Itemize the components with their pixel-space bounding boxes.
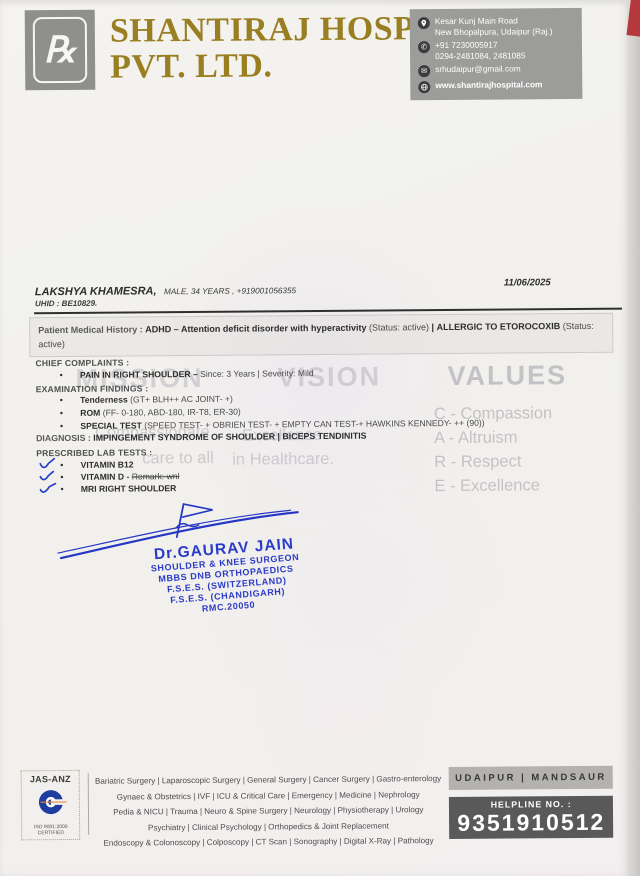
phone-line1: +91 7230005917 bbox=[435, 40, 498, 50]
document-page: MISSION VISION VALUES Compassionate care… bbox=[0, 0, 628, 876]
bullet-icon: • bbox=[60, 460, 78, 470]
diagnosis-label: DIAGNOSIS : bbox=[36, 433, 91, 443]
exam-item-name: ROM bbox=[80, 408, 100, 418]
specialties-list: Bariatric Surgery | Laparoscopic Surgery… bbox=[95, 767, 442, 851]
bullet-icon: • bbox=[60, 370, 78, 380]
history-item-adhd-status: (Status: active) bbox=[369, 322, 429, 332]
lab-test-vitamin-d: • VITAMIN D - Remark: wnl bbox=[60, 471, 179, 482]
watermark-vision-text: in Healthcare. bbox=[232, 450, 334, 470]
exam-item-name: SPECIAL TEST bbox=[80, 420, 142, 430]
hospital-logo-frame: ℞ bbox=[33, 17, 88, 83]
bullet-icon: • bbox=[60, 472, 78, 482]
lab-test-remark: Remark: wnl bbox=[132, 471, 180, 481]
footer-right-column: UDAIPUR | MANDSAUR HELPLINE NO. : 935191… bbox=[449, 766, 613, 839]
chief-complaints-heading: CHIEF COMPLAINTS : bbox=[35, 357, 129, 368]
contact-phone: ✆ +91 7230005917 0294-2481084, 2481085 bbox=[418, 39, 574, 61]
helpline-number: 9351910512 bbox=[449, 810, 613, 835]
contact-website: www.shantirajhospital.com bbox=[418, 79, 574, 93]
watermark-mission-text: care to all bbox=[142, 449, 214, 469]
patient-info-line: LAKSHYA KHAMESRA, MALE, 34 YEARS , +9190… bbox=[35, 280, 296, 300]
watermark-value-item: R - Respect bbox=[434, 452, 552, 472]
contact-address: Kesar Kunj Main Road New Bhopalpura, Uda… bbox=[418, 15, 574, 37]
lab-test-name: MRI RIGHT SHOULDER bbox=[81, 483, 177, 494]
hospital-logo: ℞ bbox=[25, 10, 96, 91]
exam-item-detail: (SPEED TEST- + OBRIEN TEST- + EMPTY CAN … bbox=[144, 418, 484, 431]
phone-icon: ✆ bbox=[418, 41, 430, 53]
locations-badge: UDAIPUR | MANDSAUR bbox=[449, 766, 613, 790]
email-icon: ✉ bbox=[418, 65, 430, 77]
bullet-icon: • bbox=[60, 421, 78, 431]
location-pin-icon bbox=[418, 17, 430, 29]
exam-item-rom: • ROM (FF- 0-180, ABD-180, IR-T8, ER-30) bbox=[60, 407, 241, 418]
lab-test-mri: • MRI RIGHT SHOULDER bbox=[60, 483, 176, 494]
lab-test-name: VITAMIN B12 bbox=[81, 459, 134, 469]
complaint-detail: Since: 3 Years | Severity: Mild bbox=[200, 368, 314, 379]
contact-info-box: Kesar Kunj Main Road New Bhopalpura, Uda… bbox=[410, 8, 583, 100]
medical-history-block: Patient Medical History : ADHD – Attenti… bbox=[29, 313, 613, 358]
jas-anz-label: JAS-ANZ bbox=[24, 774, 77, 784]
examination-heading: EXAMINATION FINDINGS : bbox=[36, 383, 149, 394]
exam-item-special-test: • SPECIAL TEST (SPEED TEST- + OBRIEN TES… bbox=[60, 418, 485, 431]
contact-phone-text: +91 7230005917 0294-2481084, 2481085 bbox=[435, 39, 526, 61]
globe-icon bbox=[418, 81, 430, 93]
complaint-text: PAIN IN RIGHT SHOULDER – bbox=[80, 369, 198, 380]
bullet-icon: • bbox=[60, 484, 78, 494]
watermark-value-item: E - Excellence bbox=[434, 476, 552, 496]
handwritten-checkmark-icon bbox=[38, 480, 58, 495]
specialties-line: Endoscopy & Colonoscopy | Colposcopy | C… bbox=[95, 833, 441, 851]
history-item-allergy: ALLERGIC TO ETOROCOXIB bbox=[437, 321, 561, 332]
contact-email-text: srhudaipur@gmail.com bbox=[435, 63, 521, 74]
diagnosis-value: IMPINGEMENT SYNDROME OF SHOULDER | BICEP… bbox=[93, 431, 366, 443]
contact-address-text: Kesar Kunj Main Road New Bhopalpura, Uda… bbox=[435, 15, 553, 37]
specialties-line: Pedia & NICU | Trauma | Neuro & Spine Su… bbox=[95, 802, 441, 820]
bullet-icon: • bbox=[60, 408, 78, 418]
visit-date: 11/06/2025 bbox=[504, 277, 551, 288]
lab-test-name: VITAMIN D - bbox=[81, 471, 130, 481]
history-item-adhd: ADHD – Attention deficit disorder with h… bbox=[145, 323, 366, 335]
lab-test-vitamin-b12: • VITAMIN B12 bbox=[60, 459, 133, 470]
scan-content: MISSION VISION VALUES Compassionate care… bbox=[0, 0, 631, 876]
helpline-badge: HELPLINE NO. : 9351910512 bbox=[449, 796, 613, 839]
exam-item-name: Tenderness bbox=[80, 395, 128, 405]
address-line2: New Bhopalpura, Udaipur (Raj.) bbox=[435, 26, 553, 37]
jas-anz-logo-icon bbox=[34, 786, 66, 818]
patient-details: MALE, 34 YEARS , +919001056355 bbox=[164, 286, 296, 296]
bullet-icon: • bbox=[60, 395, 78, 405]
exam-item-detail: (GT+ BLH++ AC JOINT- +) bbox=[130, 394, 233, 405]
jas-anz-certification: JAS-ANZ ISO 9001:2000 CERTIFIED bbox=[21, 770, 81, 840]
certified-label: CERTIFIED bbox=[24, 830, 77, 836]
exam-item-tenderness: • Tenderness (GT+ BLH++ AC JOINT- +) bbox=[60, 394, 233, 405]
address-line1: Kesar Kunj Main Road bbox=[435, 15, 518, 26]
scanner-edge bbox=[627, 0, 640, 876]
rx-monogram-icon: ℞ bbox=[44, 32, 77, 68]
contact-email: ✉ srhudaipur@gmail.com bbox=[418, 63, 574, 77]
footer-divider bbox=[88, 773, 89, 835]
watermark-values: VALUES bbox=[447, 360, 567, 392]
footer: JAS-ANZ ISO 9001:2000 CERTIFIED Bariatri… bbox=[21, 766, 614, 852]
patient-name: LAKSHYA KHAMESRA, bbox=[35, 285, 157, 298]
diagnosis-line: DIAGNOSIS : IMPINGEMENT SYNDROME OF SHOU… bbox=[36, 431, 367, 444]
medical-history-label: Patient Medical History : bbox=[38, 324, 143, 335]
watermark-value-item: A - Altruism bbox=[434, 428, 552, 448]
exam-item-detail: (FF- 0-180, ABD-180, IR-T8, ER-30) bbox=[103, 407, 241, 418]
history-separator: | bbox=[431, 322, 434, 332]
complaint-item: • PAIN IN RIGHT SHOULDER – Since: 3 Year… bbox=[60, 368, 314, 380]
phone-line2: 0294-2481084, 2481085 bbox=[435, 50, 526, 61]
patient-uhid: UHID : BE10829. bbox=[35, 299, 97, 308]
contact-website-text: www.shantirajhospital.com bbox=[435, 79, 542, 90]
